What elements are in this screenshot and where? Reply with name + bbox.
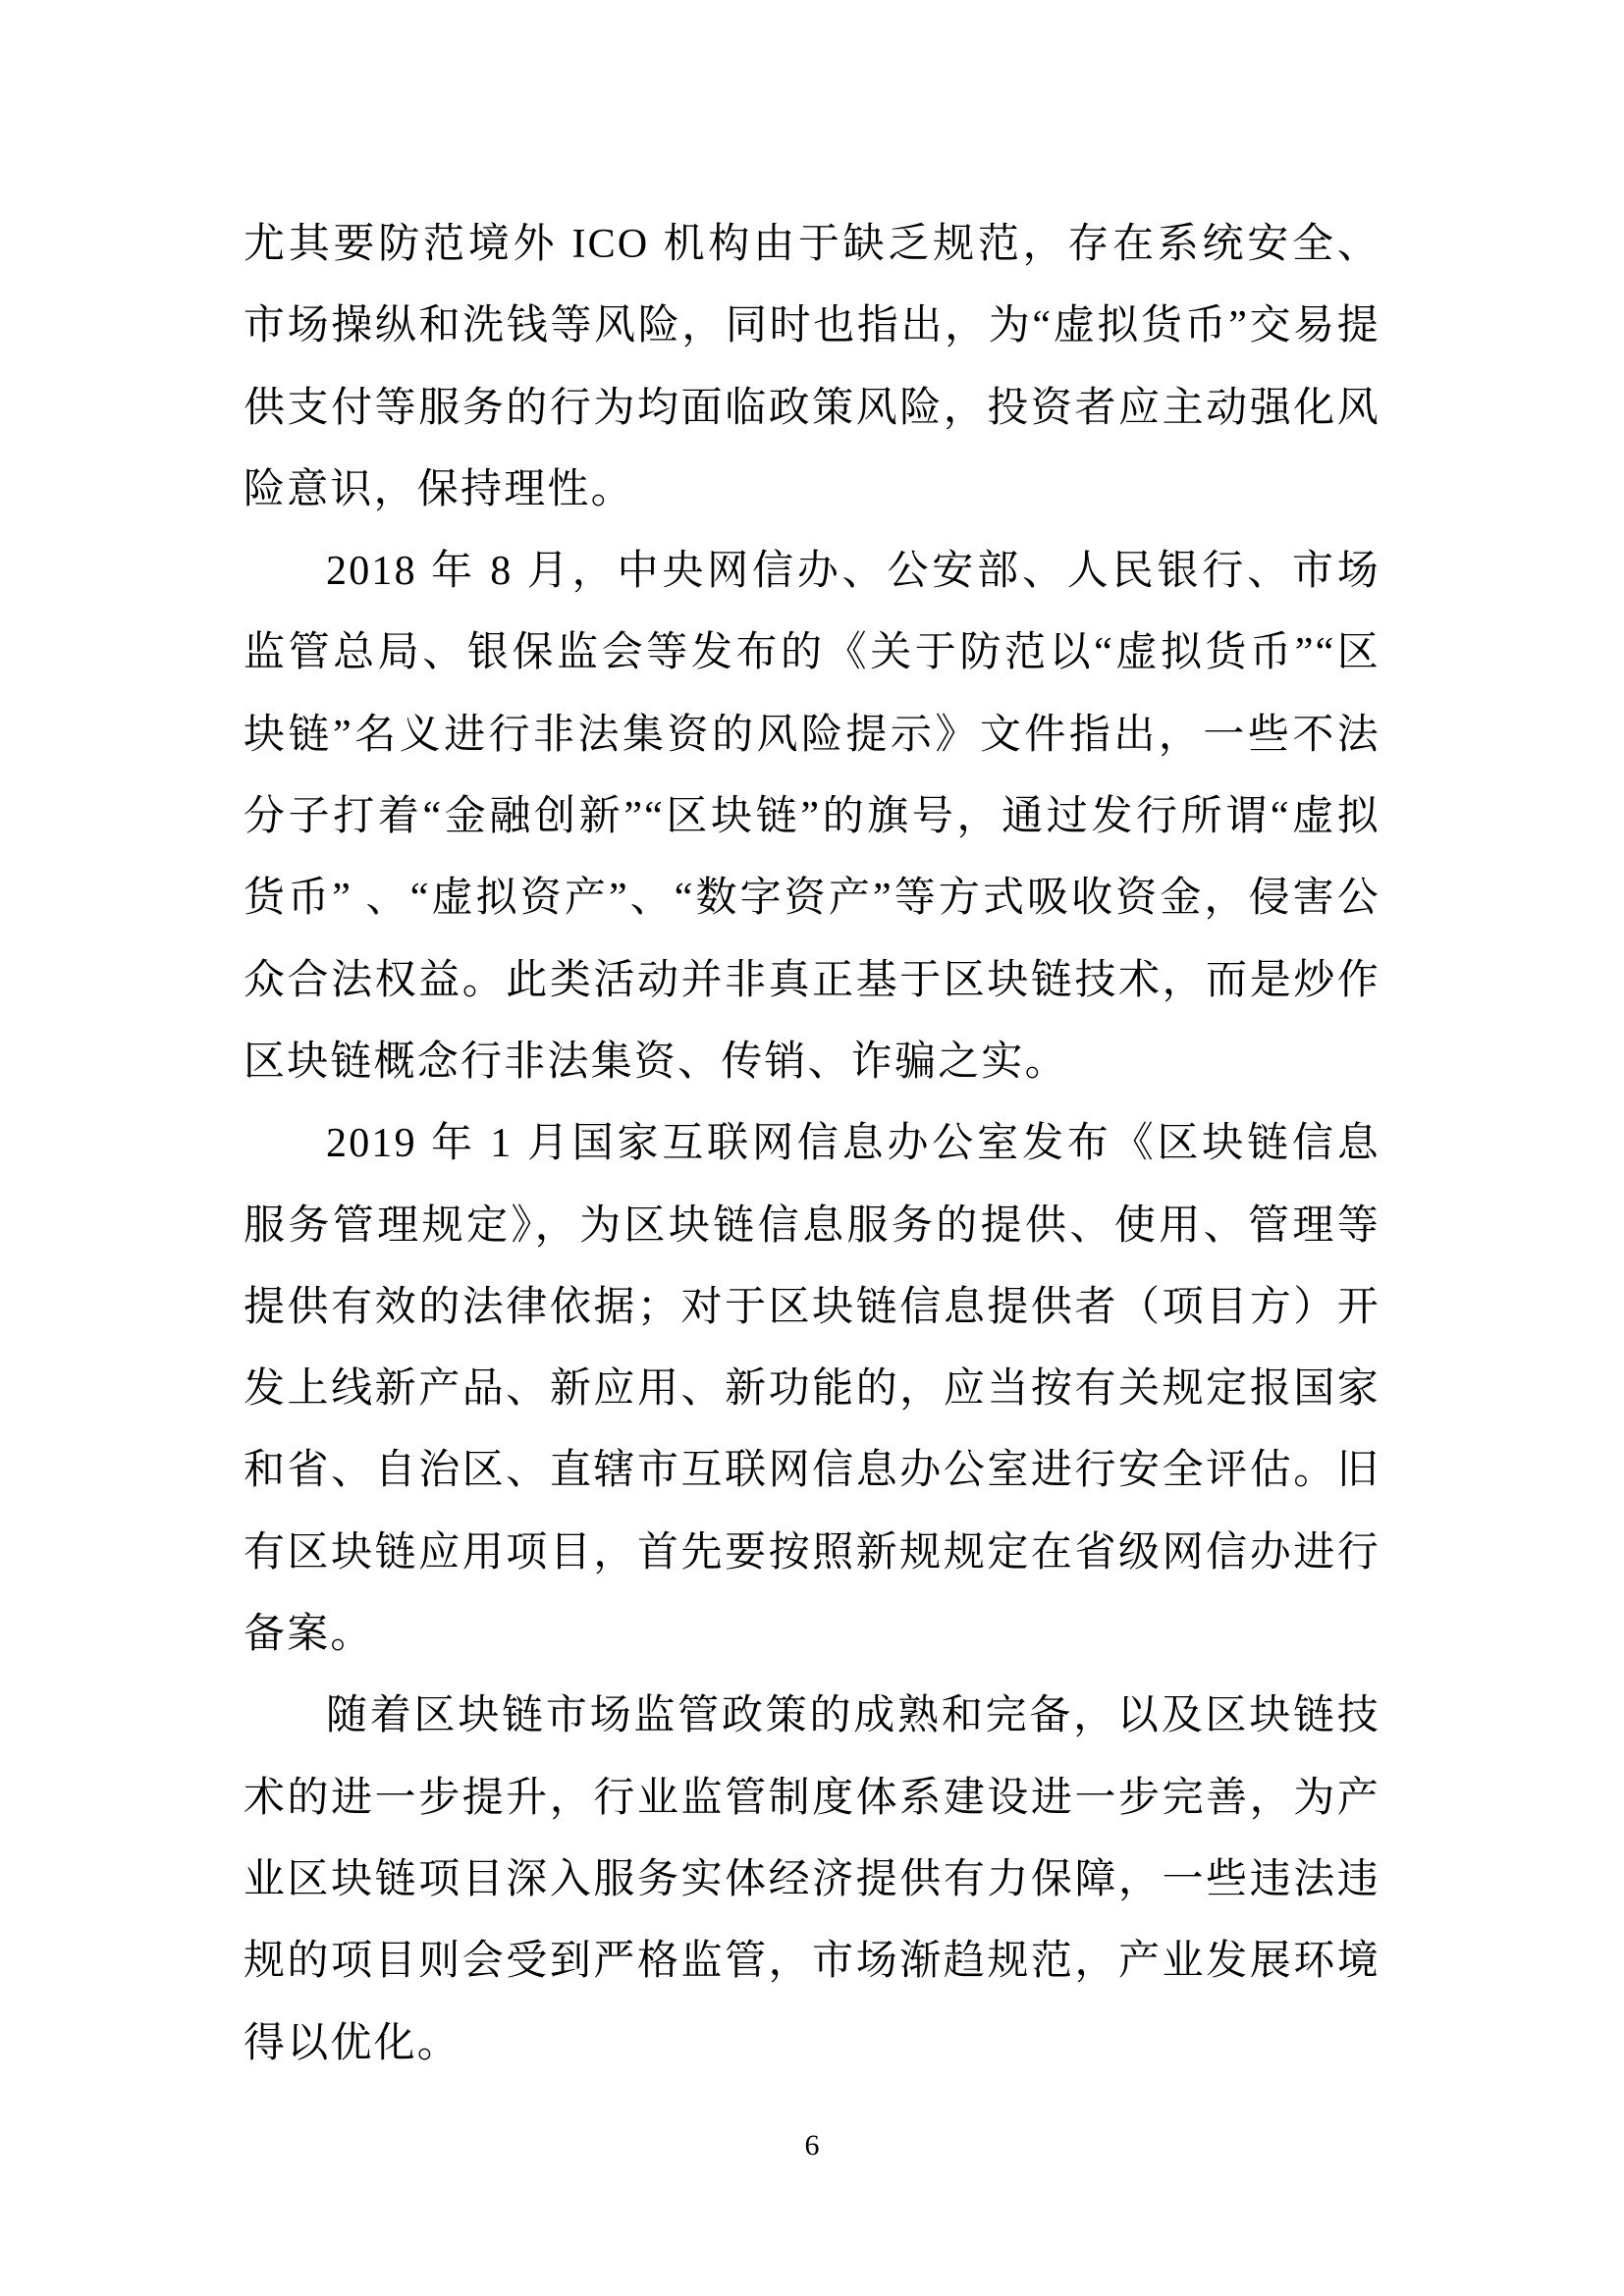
document-body: 尤其要防范境外 ICO 机构由于缺乏规范，存在系统安全、市场操纵和洗钱等风险，同…	[244, 204, 1380, 2085]
paragraph-2: 2018 年 8 月，中央网信办、公安部、人民银行、市场监管总局、银保监会等发布…	[244, 531, 1380, 1103]
paragraph-1: 尤其要防范境外 ICO 机构由于缺乏规范，存在系统安全、市场操纵和洗钱等风险，同…	[244, 204, 1380, 531]
document-page: 尤其要防范境外 ICO 机构由于缺乏规范，存在系统安全、市场操纵和洗钱等风险，同…	[0, 0, 1624, 2296]
paragraph-4: 随着区块链市场监管政策的成熟和完备，以及区块链技术的进一步提升，行业监管制度体系…	[244, 1676, 1380, 2084]
page-number: 6	[0, 2122, 1624, 2169]
paragraph-3: 2019 年 1 月国家互联网信息办公室发布《区块链信息服务管理规定》，为区块链…	[244, 1103, 1380, 1676]
